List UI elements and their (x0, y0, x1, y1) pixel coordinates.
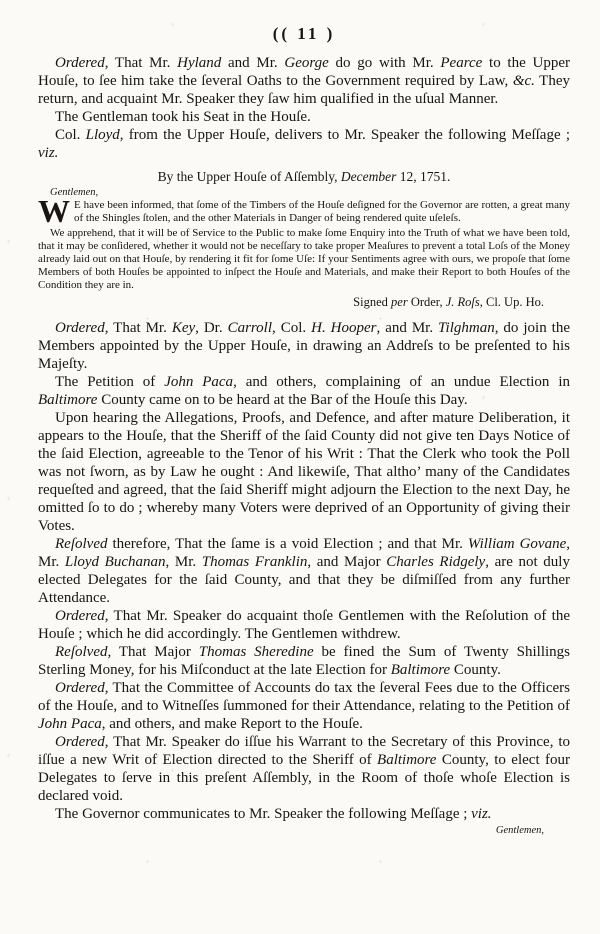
governor-message-line: The Governor communicates to Mr. Speaker… (38, 805, 570, 823)
italic-text-segment: Charles Ridgely (386, 554, 485, 570)
text-segment: Upon hearing the Allegations, Proofs, an… (38, 410, 570, 534)
italic-text-segment: Thomas Sheredine (199, 644, 314, 660)
italic-text-segment: Ordered, (55, 734, 108, 750)
text-segment: The Petition of (55, 374, 164, 390)
message-delivery-paragraph: Col. Lloyd, from the Upper Houſe, delive… (38, 126, 570, 162)
text-segment: , from the Upper Houſe, delivers to Mr. … (120, 127, 570, 143)
document-body: Ordered, That Mr. Hyland and Mr. George … (38, 54, 570, 837)
text-segment: That the Committee of Accounts do tax th… (38, 680, 570, 714)
resolution-void-election: Reſolved therefore, That the ſame is a v… (38, 535, 570, 607)
italic-text-segment: viz. (471, 806, 491, 822)
italic-text-segment: Reſolved (55, 536, 107, 552)
message-heading: By the Upper Houſe of Aſſembly, December… (38, 169, 570, 185)
page-number-mark: (( 11 ) (38, 24, 570, 44)
signature-line: Signed per Order, J. Roſs, Cl. Up. Ho. (38, 295, 570, 310)
text-segment: , and Major (307, 554, 386, 570)
petition-john-paca: The Petition of John Paca, and others, c… (38, 373, 570, 409)
document-page: (( 11 ) Ordered, That Mr. Hyland and Mr.… (0, 0, 600, 934)
salutation-bottom: Gentlemen, (38, 824, 570, 837)
text-segment: 12, 1751. (396, 169, 450, 184)
italic-text-segment: Key (172, 320, 195, 336)
italic-text-segment: Ordered, (55, 608, 108, 624)
italic-text-segment: Hyland (177, 55, 221, 71)
text-segment: , Dr. (195, 320, 227, 336)
salutation-top: Gentlemen, (38, 187, 570, 199)
text-segment: , and others, and make Report to the Hou… (102, 716, 363, 732)
italic-text-segment: William Govane (468, 536, 566, 552)
italic-text-segment: December (341, 169, 396, 184)
italic-text-segment: John Paca (38, 716, 102, 732)
order-new-writ: Ordered, That Mr. Speaker do iſſue his W… (38, 733, 570, 805)
italic-text-segment: viz. (38, 145, 58, 161)
text-segment: , Col. (272, 320, 311, 336)
text-segment: The Gentleman took his Seat in the Houſe… (55, 109, 311, 125)
resolution-fine-sheredine: Reſolved, That Major Thomas Sheredine be… (38, 643, 570, 679)
text-segment: do go with Mr. (329, 55, 441, 71)
text-segment: Gentlemen, (50, 187, 98, 198)
text-segment: and Mr. (221, 55, 284, 71)
text-segment: , Mr. (165, 554, 201, 570)
italic-text-segment: Carroll (228, 320, 272, 336)
text-segment: That Mr. (108, 320, 171, 336)
italic-text-segment: Lloyd (86, 127, 120, 143)
text-segment: Col. (55, 127, 86, 143)
italic-text-segment: Ordered, (55, 320, 108, 336)
italic-text-segment: Pearce (440, 55, 482, 71)
text-segment: Gentlemen, (496, 825, 544, 836)
order-speaker-acquaint: Ordered, That Mr. Speaker do acquaint th… (38, 607, 570, 643)
italic-text-segment: Thomas Franklin (202, 554, 308, 570)
text-segment: By the Upper Houſe of Aſſembly, (158, 169, 341, 184)
text-segment: Order, (408, 295, 446, 309)
message-body-opening: WE have been informed, that ſome of the … (38, 199, 570, 225)
order-address-committee: Ordered, That Mr. Key, Dr. Carroll, Col.… (38, 319, 570, 373)
text-segment: We apprehend, that it will be of Service… (38, 227, 570, 291)
text-segment: That Mr. (108, 55, 177, 71)
italic-text-segment: George (284, 55, 328, 71)
hearing-findings: Upon hearing the Allegations, Proofs, an… (38, 409, 570, 535)
italic-text-segment: Ordered, (55, 680, 108, 696)
italic-text-segment: Baltimore (377, 752, 436, 768)
italic-text-segment: &c. (513, 73, 535, 89)
text-segment: E have been informed, that ſome of the T… (74, 199, 570, 224)
italic-text-segment: J. Roſs (446, 295, 480, 309)
italic-text-segment: Tilghman (438, 320, 495, 336)
italic-text-segment: Baltimore (38, 392, 97, 408)
message-body-proposal: We apprehend, that it will be of Service… (38, 227, 570, 292)
text-segment: County. (450, 662, 501, 678)
text-segment: therefore, That the ſame is a void Elect… (107, 536, 467, 552)
italic-text-segment: Baltimore (391, 662, 450, 678)
italic-text-segment: H. Hooper (311, 320, 376, 336)
italic-text-segment: Reſolved, (55, 644, 111, 660)
text-segment: Signed (353, 295, 391, 309)
italic-text-segment: Lloyd Buchanan (65, 554, 166, 570)
order-oaths-paragraph: Ordered, That Mr. Hyland and Mr. George … (38, 54, 570, 108)
text-segment: That Major (111, 644, 199, 660)
text-segment: , Cl. Up. Ho. (480, 295, 544, 309)
order-committee-accounts: Ordered, That the Committee of Accounts … (38, 679, 570, 733)
italic-text-segment: per (391, 295, 408, 309)
drop-cap-initial: W (38, 199, 74, 225)
text-segment: County came on to be heard at the Bar of… (97, 392, 467, 408)
italic-text-segment: John Paca (164, 374, 233, 390)
seat-taken-line: The Gentleman took his Seat in the Houſe… (38, 108, 570, 126)
text-segment: That Mr. Speaker do acquaint thoſe Gentl… (38, 608, 570, 642)
text-segment: , and Mr. (377, 320, 439, 336)
italic-text-segment: Ordered, (55, 55, 108, 71)
text-segment: The Governor communicates to Mr. Speaker… (55, 806, 471, 822)
text-segment: , and others, complaining of an undue El… (233, 374, 570, 390)
